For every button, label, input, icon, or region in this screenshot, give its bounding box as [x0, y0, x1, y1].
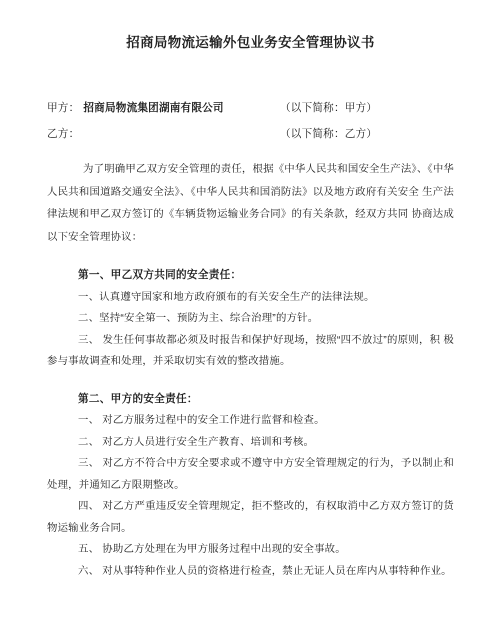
section-2-item-6: 六、 对从事特种作业人员的资格进行检查，禁止无证人员在库内从事特种作业。 — [47, 561, 454, 583]
document-page: 招商局物流运输外包业务安全管理协议书 甲方：招商局物流集团湖南有限公司 （以下简… — [0, 0, 500, 627]
intro-paragraph: 为了明确甲乙双方安全管理的责任，根据《中华人民共和国安全生产法》、《中华人民共和… — [47, 159, 454, 249]
section-2: 第二、甲方的安全责任： 一、 对乙方服务过程中的安全工作进行监督和检查。 二、 … — [47, 389, 454, 583]
section-1-item-1: 一、认真遵守国家和地方政府颁布的有关安全生产的法律法规。 — [47, 287, 454, 309]
party-b-label: 乙方： — [47, 128, 79, 140]
party-row-b: 乙方： （以下简称：乙方） — [47, 121, 454, 147]
section-1: 第一、甲乙双方共同的安全责任： 一、认真遵守国家和地方政府颁布的有关安全生产的法… — [47, 265, 454, 373]
section-2-item-1: 一、 对乙方服务过程中的安全工作进行监督和检查。 — [47, 410, 454, 432]
section-2-item-2: 二、 对乙方人员进行安全生产教育、培训和考核。 — [47, 432, 454, 454]
party-b-abbreviation: （以下简称：乙方） — [280, 121, 377, 147]
section-1-item-2: 二、坚持“安全第一、预防为主、综合治理”的方针。 — [47, 308, 454, 330]
section-1-heading: 第一、甲乙双方共同的安全责任： — [47, 265, 454, 287]
section-2-item-4: 四、 对乙方严重违反安全管理规定，拒不整改的，有权取消中乙方双方签订的货 物运输… — [47, 496, 454, 539]
section-1-item-3: 三、 发生任何事故都必须及时报告和保护好现场，按照“四不放过”的原则，积 极参与… — [47, 330, 454, 373]
party-a-label: 甲方： — [47, 102, 79, 114]
document-content: 招商局物流运输外包业务安全管理协议书 甲方：招商局物流集团湖南有限公司 （以下简… — [0, 0, 500, 582]
section-2-item-5: 五、 协助乙方处理在为甲方服务过程中出现的安全事故。 — [47, 539, 454, 561]
document-title: 招商局物流运输外包业务安全管理协议书 — [47, 33, 454, 53]
section-2-heading: 第二、甲方的安全责任： — [47, 389, 454, 411]
party-row-a: 甲方：招商局物流集团湖南有限公司 （以下简称：甲方） — [47, 95, 454, 121]
section-2-item-3: 三、 对乙方不符合中方安全要求或不遵守中方安全管理规定的行为，予以制止和 处理，… — [47, 453, 454, 496]
party-a-abbreviation: （以下简称：甲方） — [280, 95, 377, 121]
party-a-name: 招商局物流集团湖南有限公司 — [83, 102, 223, 114]
parties-block: 甲方：招商局物流集团湖南有限公司 （以下简称：甲方） 乙方： （以下简称：乙方） — [47, 95, 454, 147]
